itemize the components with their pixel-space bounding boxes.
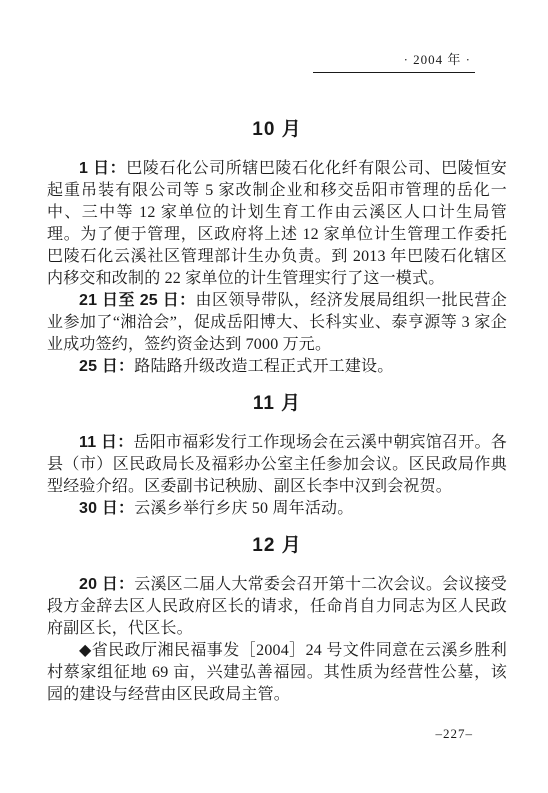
entry-paragraph: 30 日：云溪乡举行乡庆 50 周年活动。 xyxy=(47,498,507,520)
year-label: · 2004 年 · xyxy=(313,49,475,68)
entry-date-label: 25 日： xyxy=(79,358,134,375)
entry-date-label: 30 日： xyxy=(79,500,134,517)
entry-date-label: 1 日： xyxy=(79,160,126,177)
page-number: –227– xyxy=(436,726,474,741)
entry-text: 路陆路升级改造工程正式开工建设。 xyxy=(134,358,393,375)
month-heading: 11 月 xyxy=(47,378,507,432)
document-page: · 2004 年 · 10 月1 日：巴陵石化公司所辖巴陵石化化纤有限公司、巴陵… xyxy=(0,0,548,793)
page-content: 10 月1 日：巴陵石化公司所辖巴陵石化化纤有限公司、巴陵恒安起重吊装有限公司等… xyxy=(47,104,507,706)
month-heading: 12 月 xyxy=(47,520,507,574)
entry-paragraph: 25 日：路陆路升级改造工程正式开工建设。 xyxy=(47,356,507,378)
entry-date-label: 20 日： xyxy=(79,576,134,593)
entry-date-label: 21 日至 25 日： xyxy=(79,292,196,309)
note-diamond-marker: ◆ xyxy=(79,642,92,659)
page-header: · 2004 年 · xyxy=(313,49,475,73)
entry-paragraph: 1 日：巴陵石化公司所辖巴陵石化化纤有限公司、巴陵恒安起重吊装有限公司等 5 家… xyxy=(47,158,507,290)
entry-paragraph: 20 日：云溪区二届人大常委会召开第十二次会议。会议接受段方金辞去区人民政府区长… xyxy=(47,574,507,640)
entry-text: 云溪乡举行乡庆 50 周年活动。 xyxy=(134,500,353,517)
note-paragraph: ◆省民政厅湘民福事发［2004］24 号文件同意在云溪乡胜利村蔡家组征地 69 … xyxy=(47,640,507,706)
month-heading: 10 月 xyxy=(47,104,507,158)
entry-date-label: 11 日： xyxy=(79,434,133,451)
entry-text: 巴陵石化公司所辖巴陵石化化纤有限公司、巴陵恒安起重吊装有限公司等 5 家改制企业… xyxy=(47,160,507,287)
entry-paragraph: 21 日至 25 日：由区领导带队，经济发展局组织一批民营企业参加了“湘洽会”，… xyxy=(47,290,507,356)
page-footer: –227– xyxy=(436,726,474,742)
entry-paragraph: 11 日：岳阳市福彩发行工作现场会在云溪中朝宾馆召开。各县（市）区民政局长及福彩… xyxy=(47,432,507,498)
entry-text: 省民政厅湘民福事发［2004］24 号文件同意在云溪乡胜利村蔡家组征地 69 亩… xyxy=(47,642,507,703)
